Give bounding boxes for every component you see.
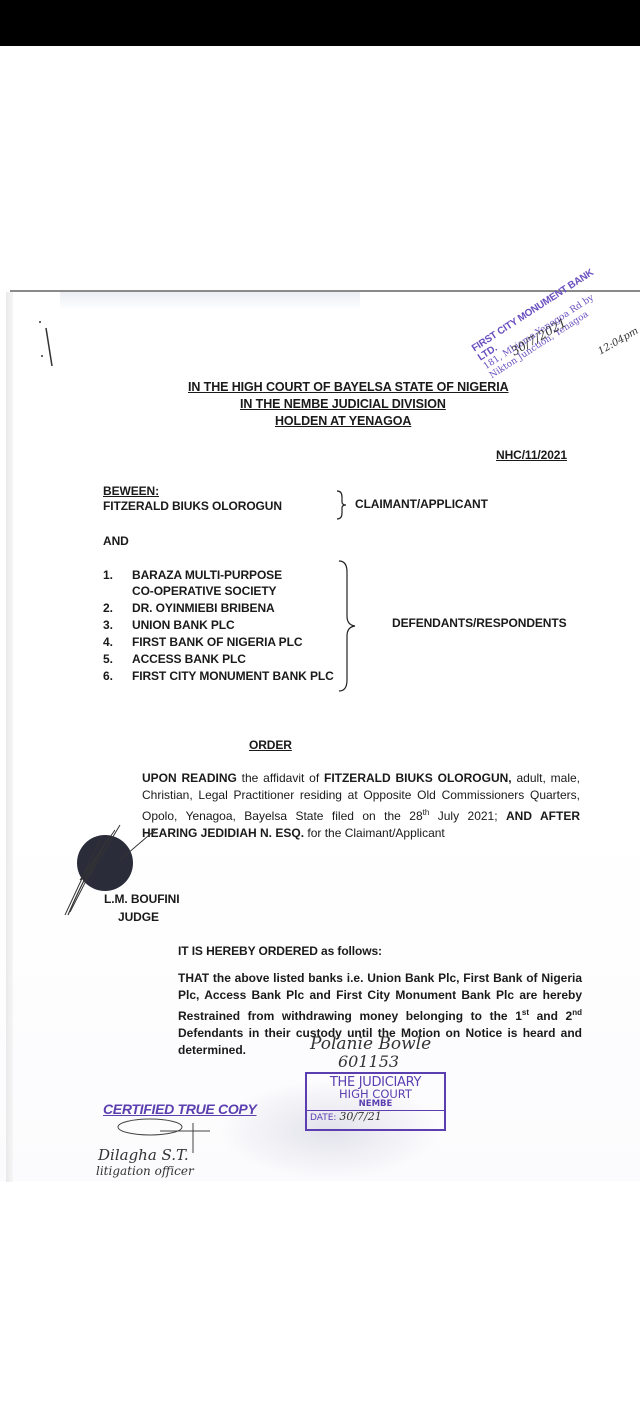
defendant-name: FIRST CITY MONUMENT BANK PLC [132,669,334,683]
defendant-number: 4. [103,635,113,649]
bold-text: FITZERALD BIUKS OLOROGUN, [324,771,512,785]
defendant-number: 6. [103,669,113,683]
defendant-name: UNION BANK PLC [132,618,235,632]
defendant-name: BARAZA MULTI-PURPOSE [132,568,282,582]
judge-title: JUDGE [118,910,159,924]
judge-name: L.M. BOUFINI [104,892,179,906]
holden-title: HOLDEN AT YENAGOA [275,414,411,428]
claimant-role: CLAIMANT/APPLICANT [355,497,488,511]
scan-shadow [60,292,360,310]
stamp-line: NEMBE [307,1100,444,1109]
judiciary-stamp: THE JUDICIARY HIGH COURT NEMBE DATE: 30/… [305,1072,446,1131]
handwritten-receipt: Polanie Bowle [310,1034,431,1054]
ordered-heading: IT IS HEREBY ORDERED as follows: [178,944,382,958]
and-label: AND [103,534,129,548]
superscript: st [522,1008,529,1017]
text: the affidavit of [237,771,324,785]
page-edge-left [6,292,13,1182]
between-label: BEWEEN: [103,484,159,498]
division-title: IN THE NEMBE JUDICIAL DIVISION [240,397,446,411]
bold-text: UPON READING [142,771,237,785]
brace-icon [337,560,359,692]
handwritten-certifier-title: litigation officer [96,1164,194,1178]
order-title: ORDER [249,738,292,752]
bold-text: and 2 [529,1009,572,1023]
defendant-name: ACCESS BANK PLC [132,652,246,666]
handwritten-certifier: Dilagha S.T. [98,1146,189,1164]
order-recital: UPON READING the affidavit of FITZERALD … [142,770,580,842]
defendant-number: 1. [103,568,113,582]
stamp-date-label: DATE: [310,1113,336,1123]
defendant-number: 5. [103,652,113,666]
defendant-name: DR. OYINMIEBI BRIBENA [132,601,275,615]
text: for the Claimant/Applicant [304,826,445,840]
court-title: IN THE HIGH COURT OF BAYELSA STATE OF NI… [188,380,509,394]
brace-icon [335,490,349,520]
defendant-name: CO-OPERATIVE SOCIETY [132,584,276,598]
superscript: nd [572,1008,582,1017]
margin-mark [30,320,60,380]
defendant-number: 3. [103,618,113,632]
handwritten-receipt-number: 601153 [338,1052,399,1071]
status-bar [0,0,640,46]
defendant-number: 2. [103,601,113,615]
defendants-role: DEFENDANTS/RESPONDENTS [392,616,566,630]
defendant-name: FIRST BANK OF NIGERIA PLC [132,635,302,649]
text: July 2021; [429,809,506,823]
stamp-date: 30/7/21 [339,1110,381,1123]
suit-number: NHC/11/2021 [496,448,567,462]
claimant-name: FITZERALD BIUKS OLOROGUN [103,499,282,513]
